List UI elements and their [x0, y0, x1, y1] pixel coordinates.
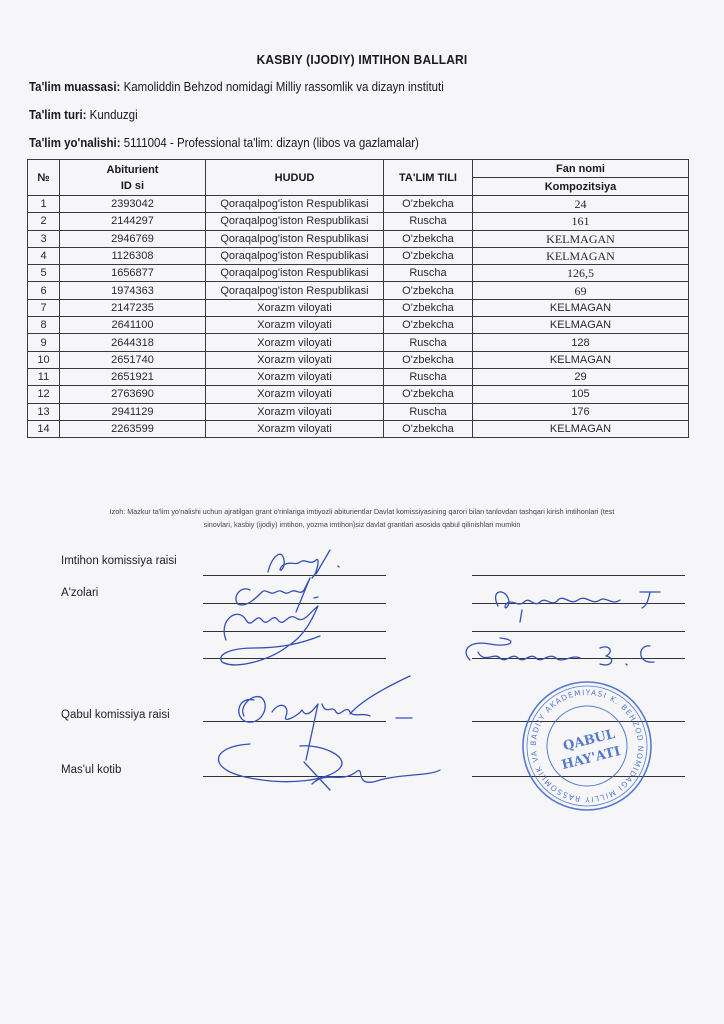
region-cell: Xorazm viloyati — [206, 317, 384, 334]
header-subject: Kompozitsiya — [473, 178, 689, 196]
score-cell: 24 — [473, 196, 689, 213]
applicant-id-cell: 2263599 — [60, 420, 206, 437]
row-number-cell: 6 — [28, 282, 60, 299]
applicant-id-cell: 2651921 — [60, 368, 206, 385]
table-row: 41126308Qoraqalpog'iston RespublikasiO'z… — [28, 247, 689, 264]
signature-line — [472, 721, 685, 722]
signature-line — [203, 603, 386, 604]
signature-line — [203, 631, 386, 632]
study-type-line: Ta'lim turi: Kunduzgi — [29, 108, 138, 122]
signature-line — [472, 658, 685, 659]
footnote-line-1: Izoh: Mazkur ta'lim yo'nalishi uchun ajr… — [36, 505, 688, 518]
language-cell: O'zbekcha — [384, 230, 473, 247]
signature-secretary — [218, 744, 440, 790]
table-row: 112651921Xorazm viloyatiRuscha29 — [28, 368, 689, 385]
signature-line — [203, 658, 386, 659]
row-number-cell: 7 — [28, 299, 60, 316]
table-row: 102651740Xorazm viloyatiO'zbekchaKELMAGA… — [28, 351, 689, 368]
signature-line — [472, 776, 685, 777]
region-cell: Xorazm viloyati — [206, 386, 384, 403]
scores-table: № Abiturient ID si HUDUD TA'LIM TILI Fan… — [27, 159, 689, 438]
study-type-value: Kunduzgi — [90, 108, 138, 122]
table-row: 142263599Xorazm viloyatiO'zbekchaKELMAGA… — [28, 420, 689, 437]
row-number-cell: 10 — [28, 351, 60, 368]
signature-line — [472, 603, 685, 604]
admission-commission-chair-label: Qabul komissiya raisi — [61, 709, 170, 721]
footnote-line-2: sinovlari, kasbiy (ijodiy) imtihon, yozm… — [36, 518, 688, 531]
score-cell: 176 — [473, 403, 689, 420]
direction-value: 5111004 - Professional ta'lim: dizayn (l… — [124, 136, 419, 150]
signature-admission-chair — [239, 676, 412, 760]
institution-label: Ta'lim muassasi: — [29, 80, 120, 94]
responsible-secretary-label: Mas'ul kotib — [61, 764, 121, 776]
applicant-id-cell: 1656877 — [60, 265, 206, 282]
table-row: 72147235Xorazm viloyatiO'zbekchaKELMAGAN — [28, 299, 689, 316]
row-number-cell: 9 — [28, 334, 60, 351]
header-applicant-id-line2: ID si — [121, 180, 144, 192]
stamp-center-line-1: QABUL — [562, 727, 617, 754]
row-number-cell: 12 — [28, 386, 60, 403]
language-cell: O'zbekcha — [384, 317, 473, 334]
applicant-id-cell: 2651740 — [60, 351, 206, 368]
table-row: 32946769Qoraqalpog'iston RespublikasiO'z… — [28, 230, 689, 247]
applicant-id-cell: 1126308 — [60, 247, 206, 264]
row-number-cell: 5 — [28, 265, 60, 282]
region-cell: Qoraqalpog'iston Respublikasi — [206, 265, 384, 282]
language-cell: O'zbekcha — [384, 196, 473, 213]
row-number-cell: 11 — [28, 368, 60, 385]
score-cell: 69 — [473, 282, 689, 299]
applicant-id-cell: 2941129 — [60, 403, 206, 420]
table-row: 132941129Xorazm viloyatiRuscha176 — [28, 403, 689, 420]
table-row: 122763690Xorazm viloyatiO'zbekcha105 — [28, 386, 689, 403]
row-number-cell: 1 — [28, 196, 60, 213]
header-subject-group: Fan nomi — [473, 160, 689, 178]
score-cell: 105 — [473, 386, 689, 403]
language-cell: Ruscha — [384, 368, 473, 385]
language-cell: O'zbekcha — [384, 351, 473, 368]
table-row: 92644318Xorazm viloyatiRuscha128 — [28, 334, 689, 351]
score-cell: KELMAGAN — [473, 351, 689, 368]
table-row: 51656877Qoraqalpog'iston RespublikasiRus… — [28, 265, 689, 282]
row-number-cell: 14 — [28, 420, 60, 437]
scores-table-body: 12393042Qoraqalpog'iston RespublikasiO'z… — [28, 196, 689, 438]
table-row: 12393042Qoraqalpog'iston RespublikasiO'z… — [28, 196, 689, 213]
header-no: № — [28, 160, 60, 196]
language-cell: Ruscha — [384, 265, 473, 282]
language-cell: Ruscha — [384, 213, 473, 230]
institution-value: Kamoliddin Behzod nomidagi Milliy rassom… — [124, 80, 444, 94]
score-cell: KELMAGAN — [473, 420, 689, 437]
language-cell: O'zbekcha — [384, 299, 473, 316]
header-applicant-id: Abiturient ID si — [60, 160, 206, 196]
applicant-id-cell: 2946769 — [60, 230, 206, 247]
region-cell: Xorazm viloyati — [206, 420, 384, 437]
region-cell: Qoraqalpog'iston Respublikasi — [206, 213, 384, 230]
signature-member-1 — [236, 578, 318, 612]
language-cell: O'zbekcha — [384, 282, 473, 299]
signature-member-2 — [221, 606, 320, 665]
admission-stamp — [523, 682, 651, 810]
region-cell: Qoraqalpog'iston Respublikasi — [206, 247, 384, 264]
row-number-cell: 8 — [28, 317, 60, 334]
signature-chair — [268, 550, 339, 578]
header-region: HUDUD — [206, 160, 384, 196]
signature-line — [203, 776, 386, 777]
language-cell: Ruscha — [384, 403, 473, 420]
row-number-cell: 4 — [28, 247, 60, 264]
score-cell: KELMAGAN — [473, 299, 689, 316]
study-type-label: Ta'lim turi: — [29, 108, 86, 122]
table-row: 82641100Xorazm viloyatiO'zbekchaKELMAGAN — [28, 317, 689, 334]
region-cell: Xorazm viloyati — [206, 351, 384, 368]
row-number-cell: 2 — [28, 213, 60, 230]
score-cell: 126,5 — [473, 265, 689, 282]
applicant-id-cell: 2393042 — [60, 196, 206, 213]
signature-line — [472, 575, 685, 576]
score-cell: KELMAGAN — [473, 247, 689, 264]
region-cell: Xorazm viloyati — [206, 299, 384, 316]
signature-line — [203, 575, 386, 576]
direction-line: Ta'lim yo'nalishi: 5111004 - Professiona… — [29, 136, 419, 150]
footnote: Izoh: Mazkur ta'lim yo'nalishi uchun ajr… — [36, 505, 688, 531]
applicant-id-cell: 1974363 — [60, 282, 206, 299]
region-cell: Qoraqalpog'iston Respublikasi — [206, 282, 384, 299]
language-cell: Ruscha — [384, 334, 473, 351]
applicant-id-cell: 2763690 — [60, 386, 206, 403]
header-language: TA'LIM TILI — [384, 160, 473, 196]
applicant-id-cell: 2641100 — [60, 317, 206, 334]
stamp-center-line-2: HAY'ATI — [560, 744, 622, 773]
score-cell: KELMAGAN — [473, 230, 689, 247]
institution-line: Ta'lim muassasi: Kamoliddin Behzod nomid… — [29, 80, 444, 94]
language-cell: O'zbekcha — [384, 420, 473, 437]
document-title: KASBIY (IJODIY) IMTIHON BALLARI — [29, 52, 695, 67]
signature-line — [203, 721, 386, 722]
members-label: A'zolari — [61, 587, 98, 599]
region-cell: Qoraqalpog'iston Respublikasi — [206, 196, 384, 213]
handwritten-name-1 — [496, 592, 660, 622]
document-page: KASBIY (IJODIY) IMTIHON BALLARI Ta'lim m… — [0, 0, 724, 1024]
table-row: 61974363Qoraqalpog'iston RespublikasiO'z… — [28, 282, 689, 299]
signature-line — [472, 631, 685, 632]
score-cell: 128 — [473, 334, 689, 351]
region-cell: Qoraqalpog'iston Respublikasi — [206, 230, 384, 247]
row-number-cell: 13 — [28, 403, 60, 420]
handwritten-name-2 — [466, 638, 654, 665]
language-cell: O'zbekcha — [384, 386, 473, 403]
applicant-id-cell: 2147235 — [60, 299, 206, 316]
score-cell: KELMAGAN — [473, 317, 689, 334]
table-row: 22144297Qoraqalpog'iston RespublikasiRus… — [28, 213, 689, 230]
region-cell: Xorazm viloyati — [206, 368, 384, 385]
exam-commission-chair-label: Imtihon komissiya raisi — [61, 555, 177, 567]
language-cell: O'zbekcha — [384, 247, 473, 264]
applicant-id-cell: 2144297 — [60, 213, 206, 230]
header-applicant-id-line1: Abiturient — [107, 164, 159, 176]
applicant-id-cell: 2644318 — [60, 334, 206, 351]
score-cell: 161 — [473, 213, 689, 230]
region-cell: Xorazm viloyati — [206, 403, 384, 420]
row-number-cell: 3 — [28, 230, 60, 247]
region-cell: Xorazm viloyati — [206, 334, 384, 351]
direction-label: Ta'lim yo'nalishi: — [29, 136, 121, 150]
score-cell: 29 — [473, 368, 689, 385]
